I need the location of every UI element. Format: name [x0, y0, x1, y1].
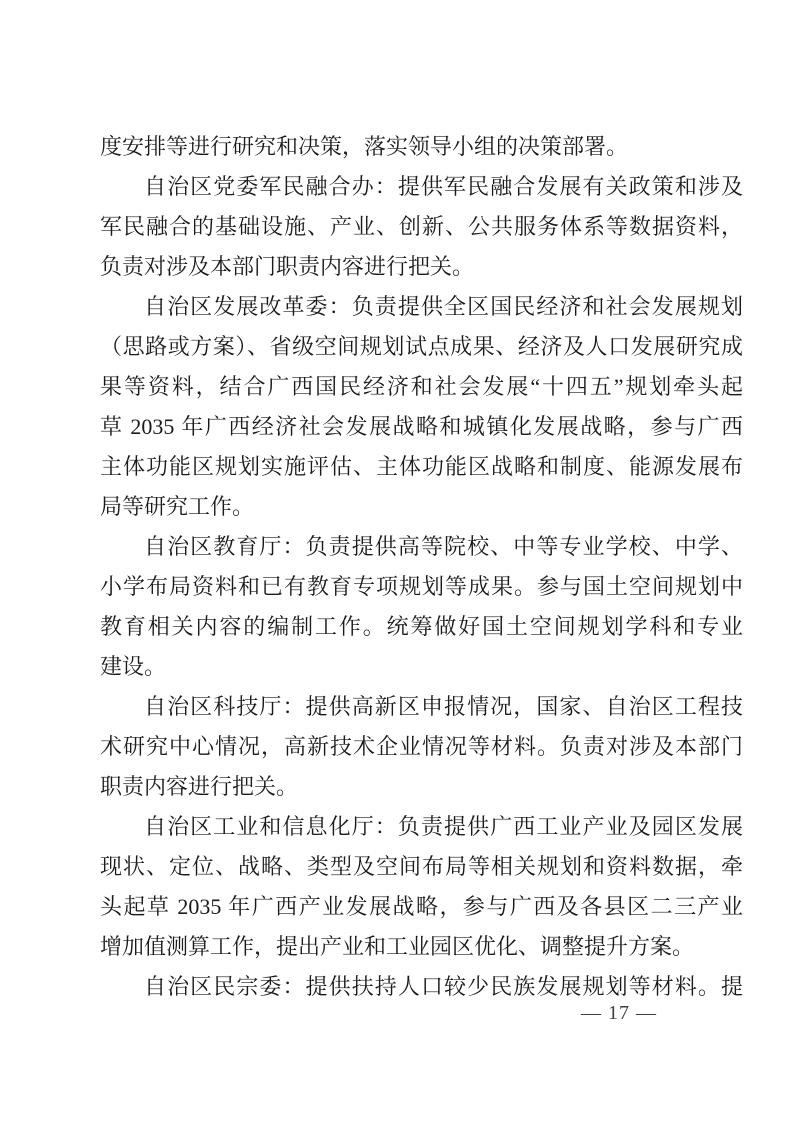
body-text: 度安排等进行研究和决策，落实领导小组的决策部署。 自治区党委军民融合办：提供军民… [100, 127, 743, 1007]
text-line: 教育相关内容的编制工作。统筹做好国土空间规划学科和专业 [100, 607, 743, 647]
text-line: 职责内容进行把关。 [100, 767, 743, 807]
paragraph: 自治区科技厅：提供高新区申报情况，国家、自治区工程技 术研究中心情况，高新技术企… [100, 687, 743, 807]
text-line: 自治区教育厅：负责提供高等院校、中等专业学校、中学、 [100, 527, 743, 567]
document-page: 度安排等进行研究和决策，落实领导小组的决策部署。 自治区党委军民融合办：提供军民… [0, 0, 793, 1122]
text-line: 自治区科技厅：提供高新区申报情况，国家、自治区工程技 [100, 687, 743, 727]
text-line: 增加值测算工作，提出产业和工业园区优化、调整提升方案。 [100, 927, 743, 967]
text-line: 小学布局资料和已有教育专项规划等成果。参与国土空间规划中 [100, 567, 743, 607]
paragraph: 自治区发展改革委：负责提供全区国民经济和社会发展规划 （思路或方案）、省级空间规… [100, 287, 743, 527]
text-line: 建设。 [100, 647, 743, 687]
paragraph: 度安排等进行研究和决策，落实领导小组的决策部署。 [100, 127, 743, 167]
text-line: 头起草 2035 年广西产业发展战略，参与广西及各县区二三产业 [100, 887, 743, 927]
text-line: 军民融合的基础设施、产业、创新、公共服务体系等数据资料， [100, 207, 743, 247]
text-line: 果等资料，结合广西国民经济和社会发展“十四五”规划牵头起 [100, 367, 743, 407]
text-line: 负责对涉及本部门职责内容进行把关。 [100, 247, 743, 287]
paragraph: 自治区工业和信息化厅：负责提供广西工业产业及园区发展 现状、定位、战略、类型及空… [100, 807, 743, 967]
text-line: 草 2035 年广西经济社会发展战略和城镇化发展战略，参与广西 [100, 407, 743, 447]
text-line: 术研究中心情况，高新技术企业情况等材料。负责对涉及本部门 [100, 727, 743, 767]
text-line: （思路或方案）、省级空间规划试点成果、经济及人口发展研究成 [100, 327, 743, 367]
text-line: 自治区工业和信息化厅：负责提供广西工业产业及园区发展 [100, 807, 743, 847]
page-number: — 17 — [581, 1001, 657, 1025]
text-line: 自治区发展改革委：负责提供全区国民经济和社会发展规划 [100, 287, 743, 327]
text-line: 度安排等进行研究和决策，落实领导小组的决策部署。 [100, 127, 743, 167]
text-line: 主体功能区规划实施评估、主体功能区战略和制度、能源发展布 [100, 447, 743, 487]
paragraph: 自治区教育厅：负责提供高等院校、中等专业学校、中学、 小学布局资料和已有教育专项… [100, 527, 743, 687]
text-line: 现状、定位、战略、类型及空间布局等相关规划和资料数据，牵 [100, 847, 743, 887]
paragraph: 自治区党委军民融合办：提供军民融合发展有关政策和涉及 军民融合的基础设施、产业、… [100, 167, 743, 287]
text-line: 自治区党委军民融合办：提供军民融合发展有关政策和涉及 [100, 167, 743, 207]
text-line: 局等研究工作。 [100, 487, 743, 527]
